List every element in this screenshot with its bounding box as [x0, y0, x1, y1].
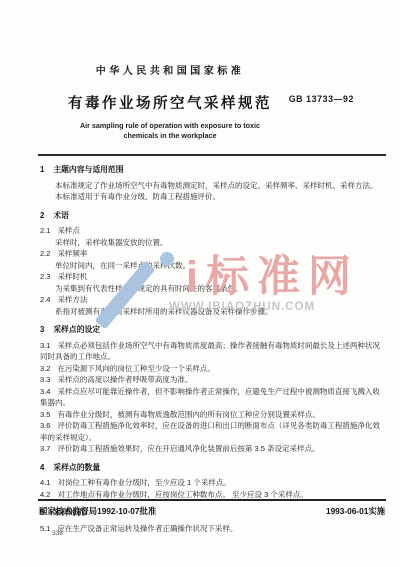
- section-title: 采样点的数量: [53, 463, 100, 472]
- paragraph: 本标准适用于有毒作业分级、防毒工程措施评价。: [55, 191, 386, 203]
- document-page: i标准网 WWW.IBIAOZHUN.COM 中华人民共和国国家标准 有毒作业场…: [0, 0, 400, 567]
- clause-text: 在污染源下风向的岗位工种至少设一个采样点。: [57, 364, 215, 373]
- term-title: 采样频率: [57, 249, 87, 258]
- clause-number: 3.2: [40, 364, 50, 373]
- clause-number: 3.4: [40, 387, 50, 396]
- clause: 4.1对岗位工种有毒作业分级时，至少应设 1 个采样点。: [40, 477, 386, 489]
- national-standard-heading: 中华人民共和国国家标准: [0, 62, 400, 77]
- term-title: 采样点: [57, 226, 80, 235]
- header-divider: [38, 154, 386, 156]
- clause: 3.6评价防毒工程措施净化效率时，应在设备的进口和出口的断面布点（详见各类防毒工…: [40, 420, 386, 443]
- clause-text: 评价防毒工程措施净化效率时，应在设备的进口和出口的断面布点（详见各类防毒工程措施…: [40, 421, 380, 442]
- clause-number: 3.7: [40, 444, 50, 453]
- document-title-english-line1: Air sampling rule of operation with expo…: [0, 121, 340, 131]
- term-definition: 为采集到有代表性样品所规定的具有时间性的客观条件。: [55, 283, 386, 295]
- clause-text: 采样点必须包括作业场所空气中有毒物质浓度最高；操作者接触有毒物质时间最长及上述两…: [40, 341, 380, 362]
- section-heading: 1主题内容与适用范围: [40, 164, 386, 176]
- clause: 3.4采样点应尽可能靠近操作者，但不影响操作者正常操作，应避免生产过程中被测物质…: [40, 386, 386, 409]
- footer-divider: [38, 499, 386, 501]
- clause: 3.5有毒作业分级时，被测有毒物质逸散范围内的所有岗位工种应分别设置采样点。: [40, 409, 386, 421]
- clause-text: 对工作地点有毒作业分级时，应按岗位工种数布点。 至少应设 3 个采样点。: [57, 490, 307, 499]
- term-line: 2.2采样频率: [40, 248, 386, 260]
- term-line: 2.4采样方法: [40, 294, 386, 306]
- clause-text: 评价防毒工程措施效果时，应在开启通风净化装置前后按第 3.5 条设定采样点。: [57, 444, 319, 453]
- term-line: 2.3采样时机: [40, 271, 386, 283]
- section-title: 主题内容与适用范围: [53, 165, 123, 174]
- clause-text: 采样点的高度以操作者呼吸带高度为准。: [57, 375, 192, 384]
- document-footer: 国家技术监督局1992-10-07批准 1993-06-01实施 338: [0, 499, 400, 537]
- clause-number: 3.1: [40, 341, 50, 350]
- term-number: 2.3: [40, 272, 50, 281]
- clause: 3.7评价防毒工程措施效果时，应在开启通风净化装置前后按第 3.5 条设定采样点…: [40, 443, 386, 455]
- section-heading: 3采样点的设定: [40, 324, 386, 336]
- document-title-english: Air sampling rule of operation with expo…: [0, 121, 400, 141]
- clause: 3.1采样点必须包括作业场所空气中有毒物质浓度最高；操作者接触有毒物质时间最长及…: [40, 340, 386, 363]
- title-row: 有毒作业场所空气采样规范 GB 13733—92: [0, 92, 400, 113]
- section-title: 采样点的设定: [53, 325, 100, 334]
- document-title-english-line2: chemicals in the workplace: [0, 131, 340, 141]
- section-number: 2: [40, 211, 44, 220]
- term-title: 采样时机: [57, 272, 87, 281]
- term-definition: 系指对被测有毒物质采样时所用的采样仪器设备及采样操作步骤。: [55, 306, 386, 318]
- clause-number: 3.6: [40, 421, 50, 430]
- footer-row: 国家技术监督局1992-10-07批准 1993-06-01实施: [39, 505, 385, 517]
- paragraph: 本标准规定了作业场所空气中有毒物质测定时，采样点的设定、采样频率、采样时机、采样…: [55, 180, 386, 192]
- page-number: 338: [52, 530, 400, 537]
- section-number: 1: [40, 165, 44, 174]
- section-heading: 4采样点的数量: [40, 462, 386, 474]
- section-number: 4: [40, 463, 44, 472]
- clause-number: 3.5: [40, 410, 50, 419]
- clause-text: 对岗位工种有毒作业分级时，至少应设 1 个采样点。: [57, 478, 230, 487]
- section-title: 术语: [53, 211, 69, 220]
- term-number: 2.2: [40, 249, 50, 258]
- clause-text: 有毒作业分级时，被测有毒物质逸散范围内的所有岗位工种应分别设置采样点。: [57, 410, 320, 419]
- clause-number: 3.3: [40, 375, 50, 384]
- term-number: 2.1: [40, 226, 50, 235]
- clause: 3.2在污染源下风向的岗位工种至少设一个采样点。: [40, 363, 386, 375]
- standard-code: GB 13733—92: [289, 94, 354, 104]
- term-title: 采样方法: [57, 295, 87, 304]
- clause: 3.3采样点的高度以操作者呼吸带高度为准。: [40, 374, 386, 386]
- clause-number: 4.2: [40, 490, 50, 499]
- term-line: 2.1采样点: [40, 225, 386, 237]
- clause-text: 采样点应尽可能靠近操作者，但不影响操作者正常操作，应避免生产过程中被测物质直接飞…: [40, 387, 380, 408]
- implementation-date: 1993-06-01实施: [326, 505, 385, 517]
- term-definition: 采样时，采样收集器安放的位置。: [55, 237, 386, 249]
- approval-note: 国家技术监督局1992-10-07批准: [39, 505, 156, 517]
- term-definition: 单位时间内，在同一采样点的采样次数。: [55, 260, 386, 272]
- document-body: 1主题内容与适用范围本标准规定了作业场所空气中有毒物质测定时，采样点的设定、采样…: [40, 164, 386, 534]
- clause-number: 4.1: [40, 478, 50, 487]
- term-number: 2.4: [40, 295, 50, 304]
- section-heading: 2术语: [40, 210, 386, 222]
- section-number: 3: [40, 325, 44, 334]
